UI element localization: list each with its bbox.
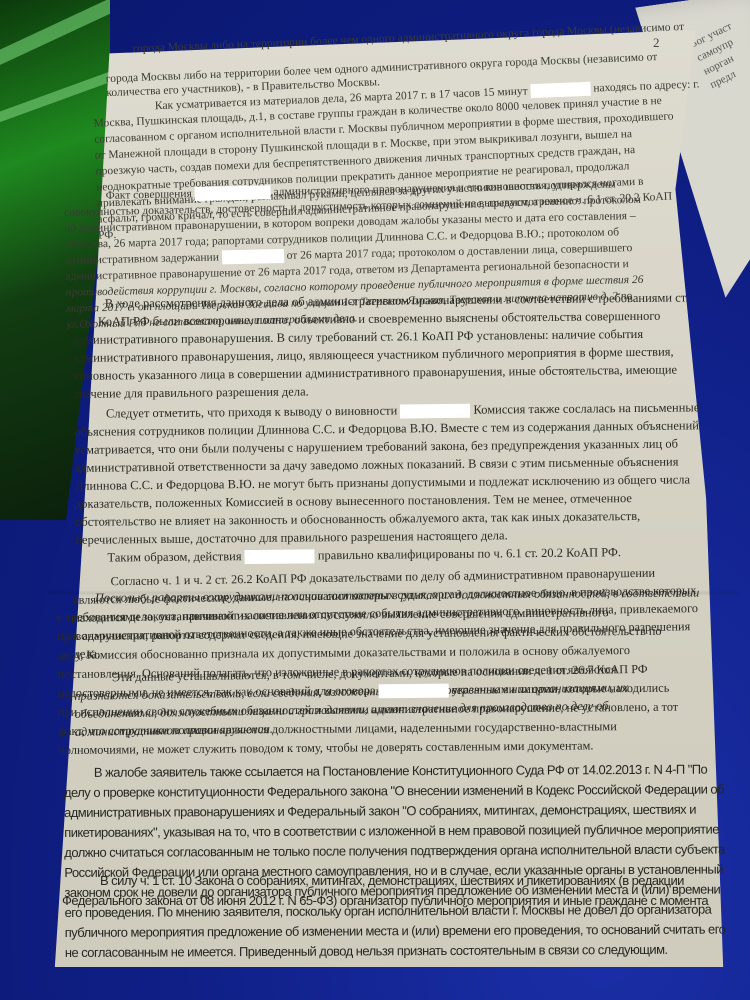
text-line: Федерального закона от 08 июня 2012 г. N… — [62, 893, 708, 908]
text-line: В силу ч. 1 ст. 10 Закона о собраниях, м… — [100, 873, 684, 888]
document-content-bottom: В силу ч. 1 ст. 10 Закона о собраниях, м… — [60, 35, 725, 965]
